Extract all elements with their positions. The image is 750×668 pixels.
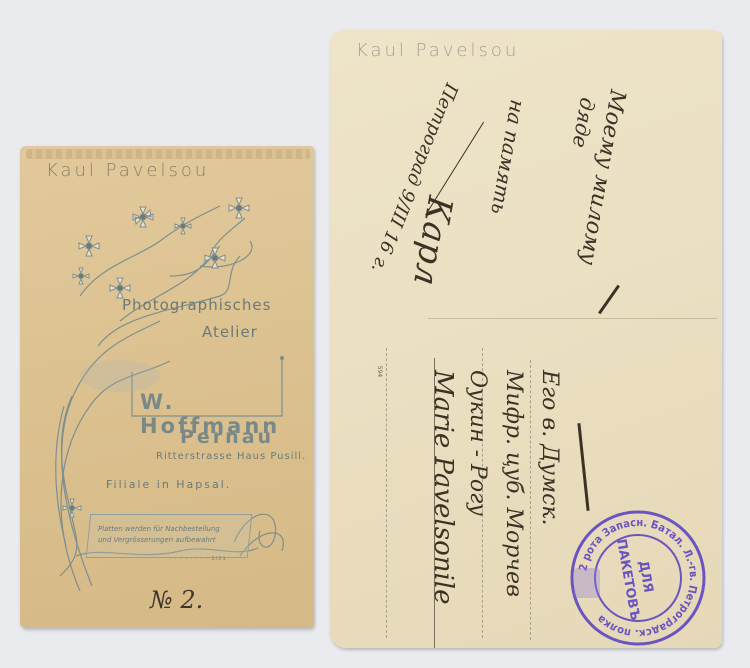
stamp-inner-text-2: ПАКЕТОВЪ <box>613 538 642 622</box>
printer-mark: · · · · · · · · 1/21 <box>170 556 227 562</box>
message-line-3: на память <box>486 98 530 216</box>
studio-title: Photographisches <box>122 296 271 314</box>
ribbon-line-1: Platten werden für Nachbestellung <box>98 524 220 535</box>
dashed-guide-line <box>530 360 531 640</box>
ribbon-text: Platten werden für Nachbestellung und Ve… <box>98 524 220 546</box>
studio-city: Pernau <box>180 426 274 448</box>
branch-office: Filiale in Hapsal. <box>106 478 231 491</box>
address-line-2: Мифр. цуб. Морчев <box>501 370 526 597</box>
ribbon-line-2: und Vergrösserungen aufbewahrt <box>98 535 220 546</box>
ink-number: № 2. <box>150 586 203 614</box>
message-underline <box>598 285 620 315</box>
cabinet-card-back: Kaul Pavelsou <box>20 146 314 628</box>
stamp-inner-text-1: ДЛЯ <box>635 559 655 594</box>
series-code: 594 <box>376 366 383 377</box>
postcard-back: Kaul Pavelsou Моему милому дяде на памят… <box>330 30 722 648</box>
address-line-4: Marie Pavelsonile <box>428 370 458 605</box>
pencil-annotation: Kaul Pavelsou <box>356 40 519 61</box>
address-line-3: Оукин - Рогу <box>465 370 490 516</box>
address-line-1: Его в. Думск. <box>537 370 562 526</box>
studio-address: Ritterstrasse Haus Pusill. <box>156 451 306 462</box>
circular-stamp-icon: 2 рота Запасн. Батал. Л.-гв. Петроградск… <box>568 508 708 648</box>
address-area-divider <box>428 318 718 319</box>
address-underline <box>577 423 589 511</box>
dashed-guide-line <box>386 348 387 638</box>
military-postal-stamp: 2 рота Запасн. Батал. Л.-гв. Петроградск… <box>568 508 708 648</box>
studio-subtitle: Atelier <box>202 323 258 341</box>
